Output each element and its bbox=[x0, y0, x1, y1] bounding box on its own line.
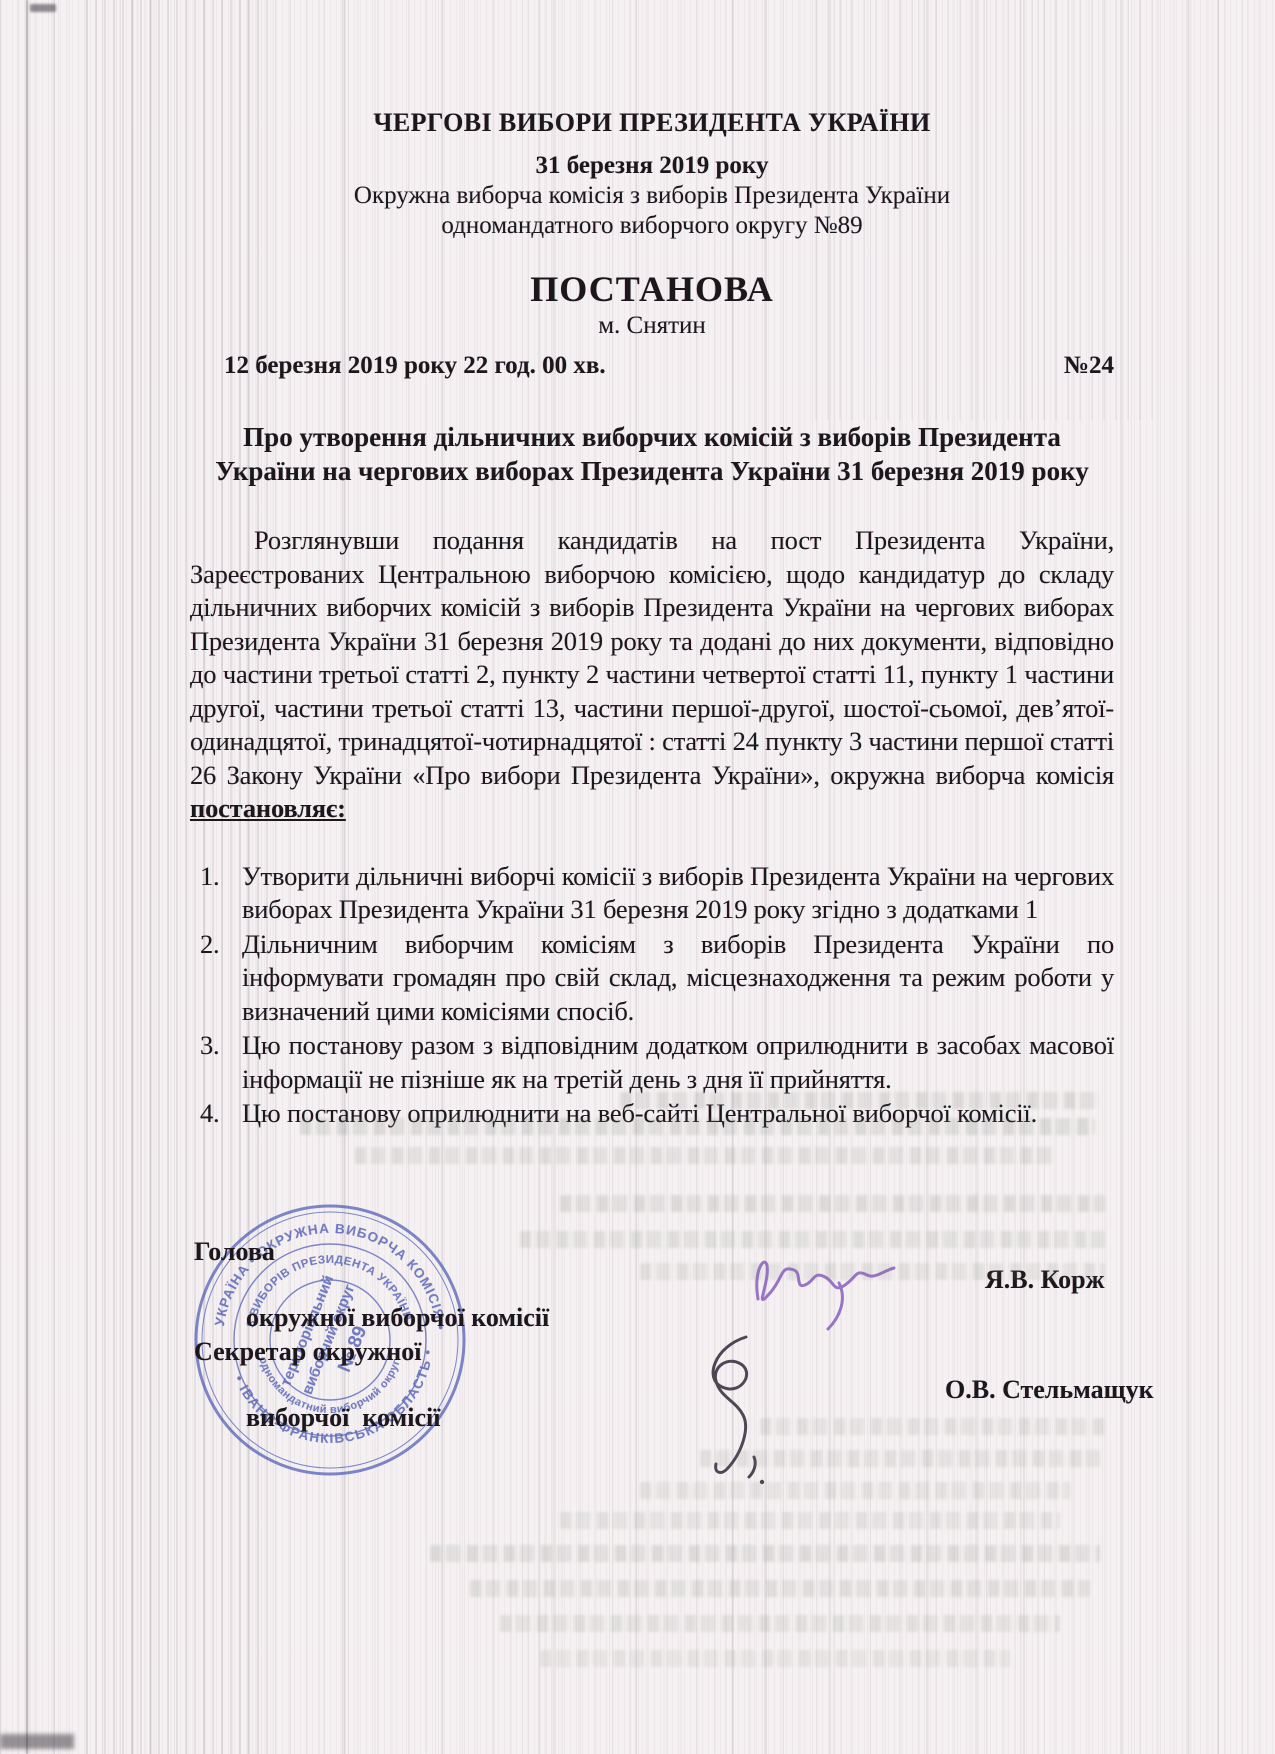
signer-role-line: Голова bbox=[194, 1237, 275, 1266]
district-line: одномандатного виборчого округу №89 bbox=[190, 212, 1114, 240]
signer-role-line: виборчої комісії bbox=[246, 1403, 440, 1432]
list-item-number: 1. bbox=[190, 860, 242, 927]
bleed-through-artifact bbox=[620, 1092, 1100, 1109]
document-datetime: 12 березня 2019 року 22 год. 00 хв. bbox=[224, 352, 606, 380]
list-item: 2. Дільничним виборчим комісіям з виборі… bbox=[190, 928, 1114, 1029]
handwritten-signature-korzh bbox=[742, 1241, 922, 1333]
document-number: №24 bbox=[1064, 352, 1114, 380]
bleed-through-artifact bbox=[560, 1195, 1105, 1212]
list-item: 3. Цю постанову разом з відповідним дода… bbox=[190, 1029, 1114, 1096]
scan-edge-artifact bbox=[26, 0, 28, 1754]
list-item: 1. Утворити дільничні виборчі комісії з … bbox=[190, 860, 1114, 927]
signer-role-line: окружної виборчої комісії bbox=[246, 1303, 549, 1332]
preamble-text: Розглянувши подання кандидатів на пост П… bbox=[190, 525, 1114, 790]
signer-name: О.В. Стельмащук bbox=[945, 1375, 1154, 1405]
document-title: Про утворення дільничних виборчих комісі… bbox=[190, 420, 1114, 488]
scanned-document-page: ЧЕРГОВІ ВИБОРИ ПРЕЗИДЕНТА УКРАЇНИ 31 бер… bbox=[0, 0, 1275, 1754]
city-line: м. Снятин bbox=[190, 312, 1114, 340]
bleed-through-artifact bbox=[470, 1580, 1090, 1597]
resolve-word: постановляє: bbox=[190, 793, 346, 823]
document-type-heading: ПОСТАНОВА bbox=[190, 268, 1114, 310]
election-date-line: 31 березня 2019 року bbox=[190, 152, 1114, 180]
commission-name-line: Окружна виборча комісія з виборів Презид… bbox=[190, 182, 1114, 210]
bleed-through-artifact bbox=[640, 1482, 1070, 1499]
list-item-number: 3. bbox=[190, 1029, 242, 1096]
preamble-paragraph: Розглянувши подання кандидатів на пост П… bbox=[190, 524, 1114, 826]
list-item-text: Дільничним виборчим комісіям з виборів П… bbox=[242, 928, 1114, 1029]
list-item-text: Утворити дільничні виборчі комісії з виб… bbox=[242, 860, 1114, 927]
list-item-number: 2. bbox=[190, 928, 242, 1029]
list-item-text: Цю постанову разом з відповідним додатко… bbox=[242, 1029, 1114, 1096]
document-header-line: ЧЕРГОВІ ВИБОРИ ПРЕЗИДЕНТА УКРАЇНИ bbox=[190, 108, 1114, 138]
scan-corner-artifact bbox=[30, 4, 56, 12]
bleed-through-artifact bbox=[560, 1512, 1060, 1529]
bleed-through-artifact bbox=[500, 1615, 1060, 1632]
bleed-through-artifact bbox=[640, 1263, 1105, 1280]
bleed-through-artifact bbox=[700, 1450, 1100, 1467]
scan-corner-artifact bbox=[0, 1734, 74, 1749]
signer-role: Секретар окружної виборчої комісії bbox=[194, 1335, 440, 1434]
bleed-through-artifact bbox=[430, 1545, 1100, 1562]
resolutions-list: 1. Утворити дільничні виборчі комісії з … bbox=[190, 860, 1114, 1131]
bleed-through-artifact bbox=[355, 1147, 1055, 1164]
bleed-through-artifact bbox=[760, 1418, 1105, 1435]
signer-role: Голова окружної виборчої комісії bbox=[194, 1235, 549, 1334]
bleed-through-artifact bbox=[520, 1231, 1105, 1248]
bleed-through-artifact bbox=[540, 1650, 1010, 1667]
bleed-through-artifact bbox=[300, 1118, 1095, 1135]
list-item-number: 4. bbox=[190, 1097, 242, 1131]
signer-role-line: Секретар окружної bbox=[194, 1337, 421, 1366]
document-body: ЧЕРГОВІ ВИБОРИ ПРЕЗИДЕНТА УКРАЇНИ 31 бер… bbox=[190, 108, 1114, 1515]
meta-row: 12 березня 2019 року 22 год. 00 хв. №24 bbox=[190, 352, 1114, 380]
